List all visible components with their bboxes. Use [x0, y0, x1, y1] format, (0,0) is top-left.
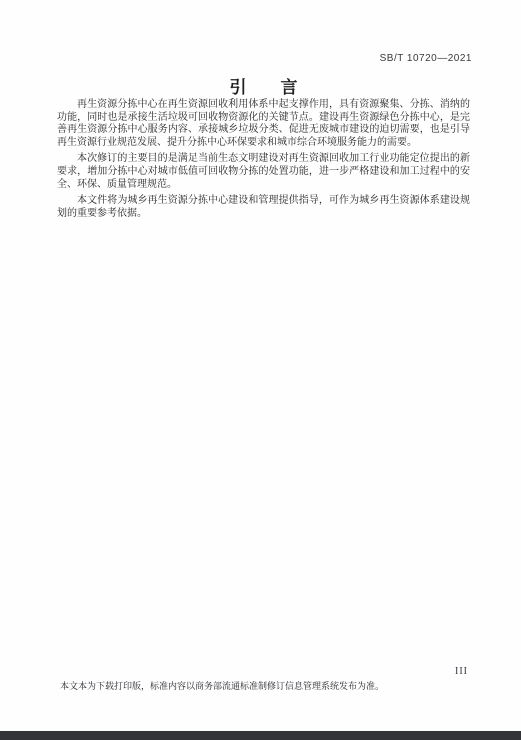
section-title: 引 言 — [57, 73, 470, 98]
paragraph: 再生资源分拣中心在再生资源回收利用体系中起支撑作用，具有资源聚集、分拣、消纳的功… — [57, 99, 470, 149]
body-text: 再生资源分拣中心在再生资源回收利用体系中起支撑作用，具有资源聚集、分拣、消纳的功… — [57, 99, 470, 224]
document-page: SB/T 10720—2021 引 言 再生资源分拣中心在再生资源回收利用体系中… — [0, 0, 521, 740]
paragraph: 本次修订的主要目的是满足当前生态文明建设对再生资源回收加工行业功能定位提出的新要… — [57, 153, 470, 191]
page-number: III — [455, 666, 468, 677]
doc-number: SB/T 10720—2021 — [0, 53, 472, 64]
paragraph: 本文件将为城乡再生资源分拣中心建设和管理提供指导，可作为城乡再生资源体系建设规划… — [57, 195, 470, 220]
footer-note: 本文本为下载打印版，标准内容以商务部流通标准制修订信息管理系统发布为准。 — [60, 679, 470, 692]
page-edge-bar — [0, 731, 521, 740]
